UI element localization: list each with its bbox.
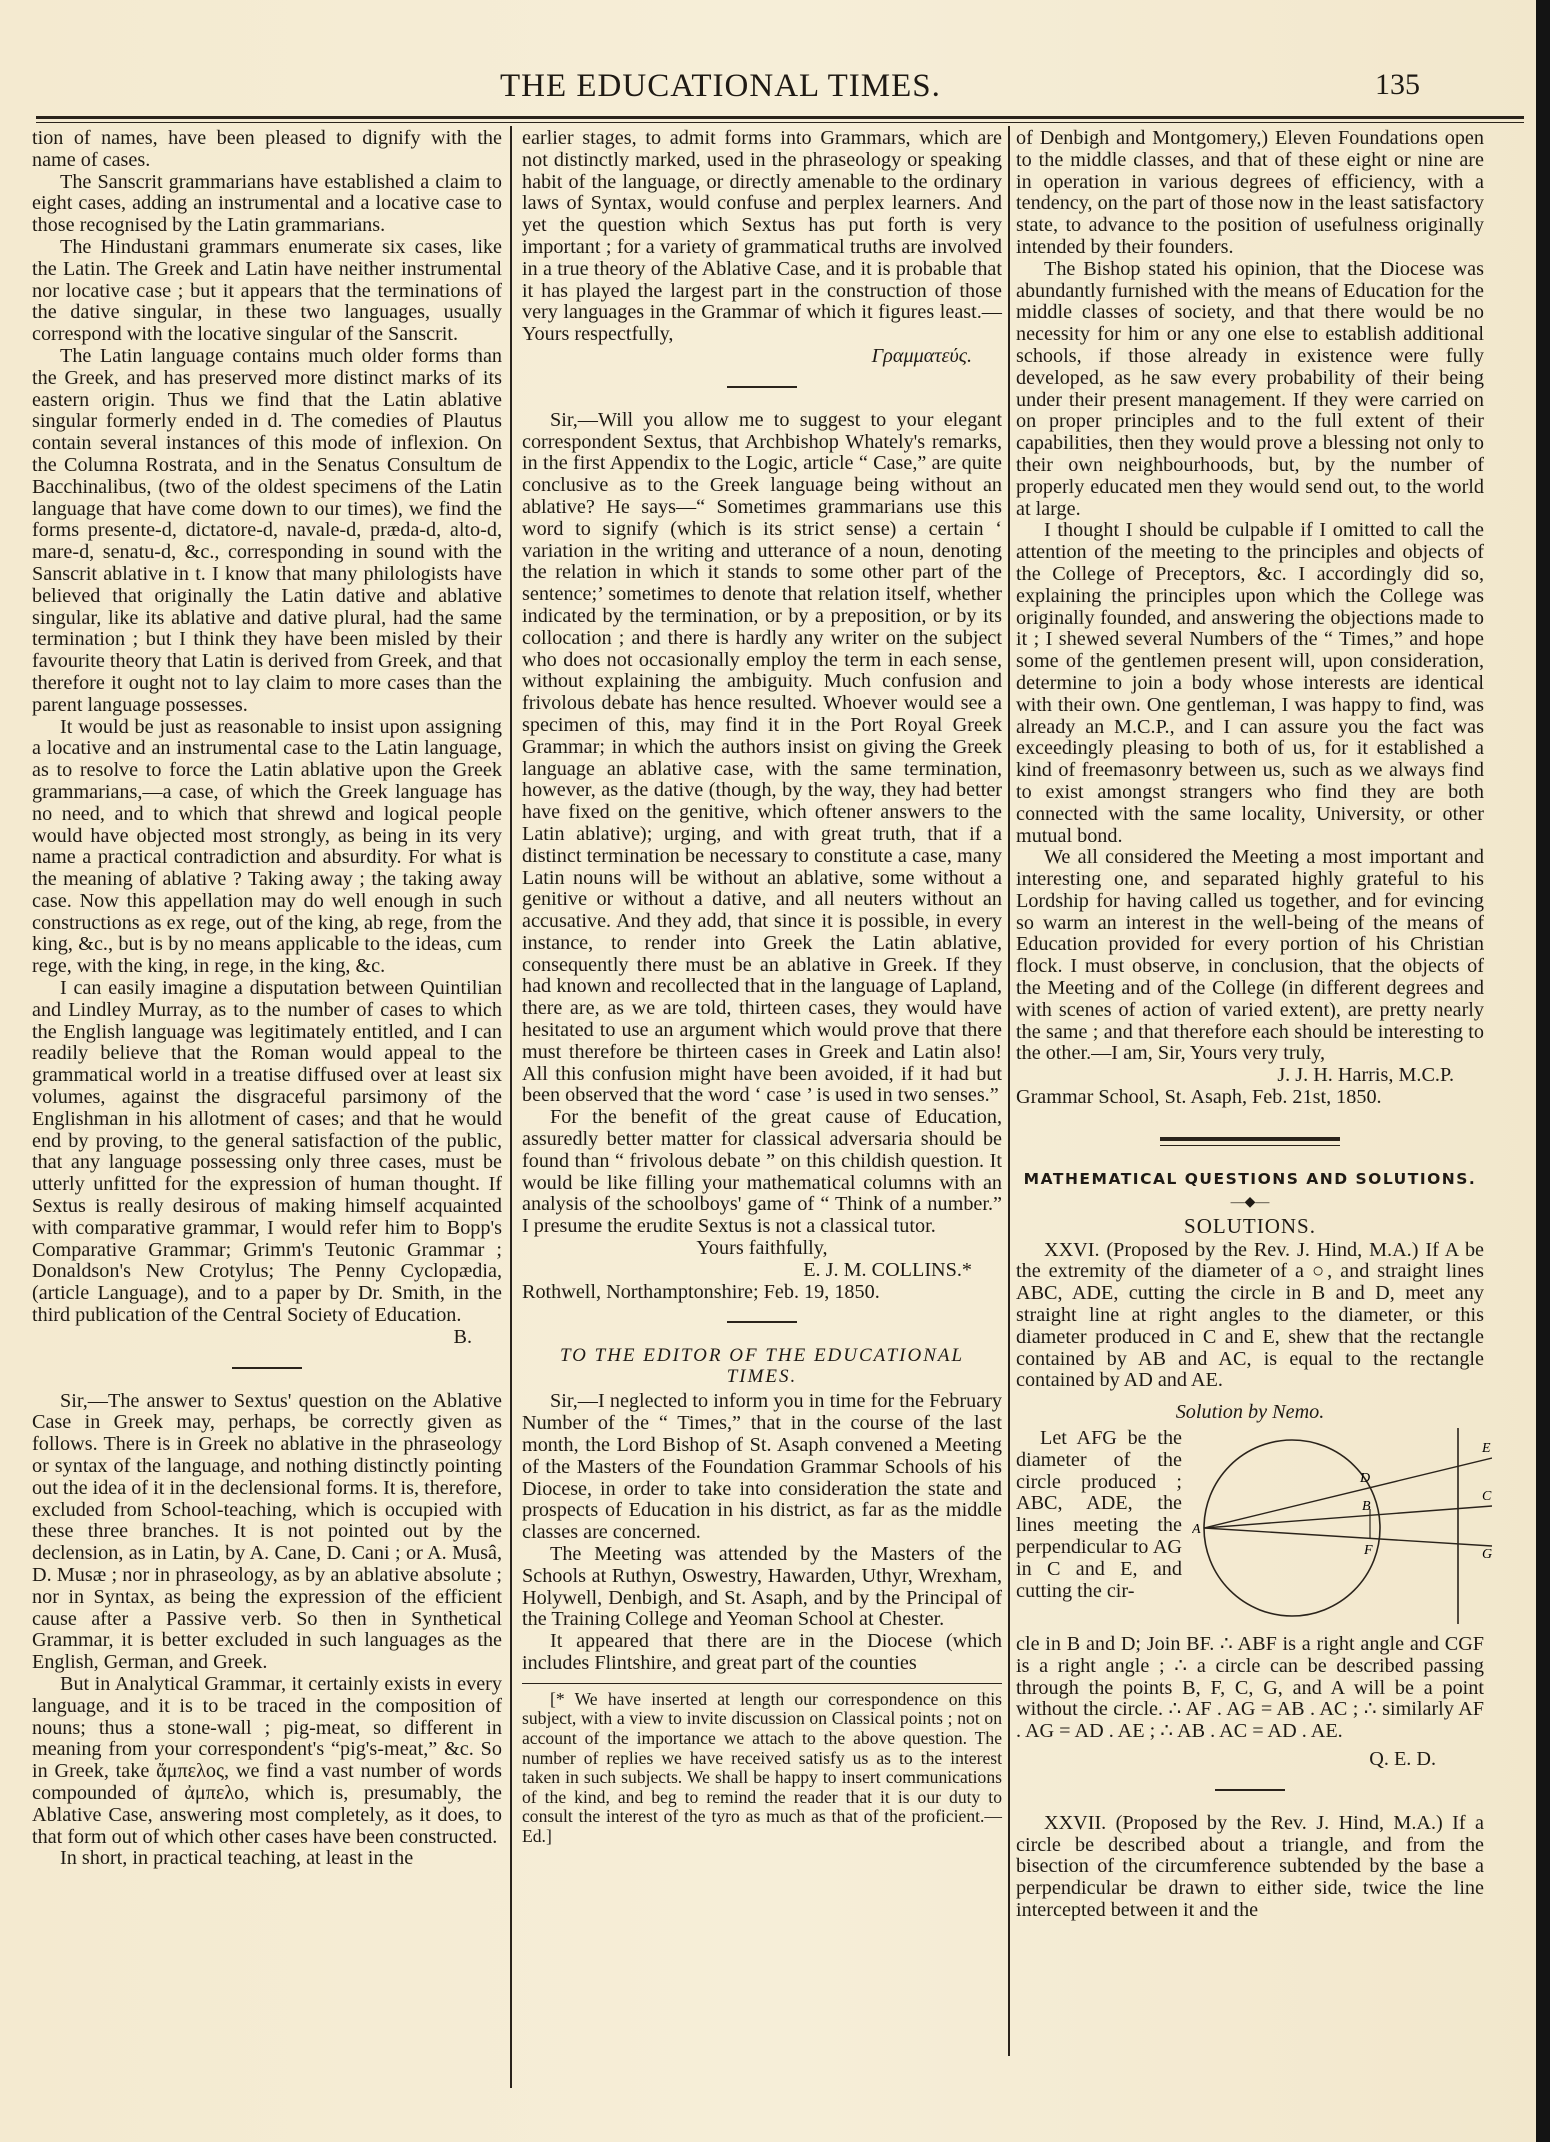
dateline: Rothwell, Northamptonshire; Feb. 19, 185… [522, 1282, 1002, 1304]
paragraph: It would be just as reasonable to insist… [32, 717, 502, 979]
solution-side-text: Let AFG be the diameter of the circle pr… [1016, 1428, 1182, 1602]
section-divider [232, 1367, 302, 1369]
column-1: tion of names, have been pleased to dign… [32, 128, 502, 1870]
section-rule-thin [1160, 1145, 1340, 1146]
editor-footnote: [* We have inserted at length our corres… [522, 1690, 1002, 1847]
signature-harris: J. J. H. Harris, M.C.P. [1016, 1065, 1484, 1087]
masthead-rule-thick [36, 116, 1524, 119]
solution-figure-block: Let AFG be the diameter of the circle pr… [1016, 1428, 1484, 1634]
label-e: E [1481, 1441, 1491, 1456]
solutions-heading: SOLUTIONS. [1016, 1216, 1484, 1238]
paragraph: Sir,—Will you allow me to suggest to you… [522, 410, 1002, 1108]
solution-byline: Solution by Nemo. [1016, 1402, 1484, 1424]
question-26: XXVI. (Proposed by the Rev. J. Hind, M.A… [1016, 1240, 1484, 1393]
column-divider-2 [1008, 126, 1010, 2056]
qed: Q. E. D. [1016, 1749, 1484, 1771]
section-divider [1215, 1789, 1285, 1791]
signature-collins: E. J. M. COLLINS.* [522, 1260, 1002, 1282]
solution-text: cle in B and D; Join BF. ∴ ABF is a righ… [1016, 1634, 1484, 1743]
paragraph: In short, in practical teaching, at leas… [32, 1848, 502, 1870]
masthead: THE EDUCATIONAL TIMES. 135 [0, 68, 1530, 110]
label-c: C [1482, 1489, 1492, 1504]
paragraph: Let AFG be the diameter of the circle pr… [1016, 1428, 1182, 1602]
paragraph: The Sanscrit grammarians have establishe… [32, 172, 502, 237]
paragraph: I can easily imagine a disputation betwe… [32, 978, 502, 1327]
paragraph: Sir,—I neglected to inform you in time f… [522, 1391, 1002, 1544]
paragraph: tion of names, have been pleased to dign… [32, 128, 502, 172]
label-g: G [1482, 1547, 1492, 1562]
geometry-diagram: A D B F E C G [1192, 1428, 1492, 1628]
section-divider [727, 386, 797, 388]
label-d: D [1359, 1471, 1370, 1486]
column-3: of Denbigh and Montgomery,) Eleven Found… [1016, 128, 1484, 1922]
section-rule-heavy [1160, 1137, 1340, 1141]
publication-title: THE EDUCATIONAL TIMES. [500, 68, 941, 105]
label-a: A [1192, 1522, 1201, 1537]
masthead-rule-thin [36, 122, 1524, 123]
closing: Yours faithfully, [522, 1238, 1002, 1260]
signature-b: B. [32, 1327, 502, 1349]
paragraph: of Denbigh and Montgomery,) Eleven Found… [1016, 128, 1484, 259]
paragraph: We all considered the Meeting a most imp… [1016, 847, 1484, 1065]
question-27: XXVII. (Proposed by the Rev. J. Hind, M.… [1016, 1813, 1484, 1922]
signature-grammateus: Γραμματεύς. [522, 346, 1002, 368]
paragraph: It appeared that there are in the Dioces… [522, 1631, 1002, 1675]
paragraph: earlier stages, to admit forms into Gram… [522, 128, 1002, 346]
editor-heading: TO THE EDITOR OF THE EDUCATIONAL TIMES. [522, 1345, 1002, 1387]
page-number: 135 [1375, 68, 1420, 102]
label-b: B [1362, 1499, 1371, 1514]
math-section-heading: MATHEMATICAL QUESTIONS AND SOLUTIONS. [1016, 1168, 1484, 1190]
section-divider [727, 1321, 797, 1323]
paragraph: Sir,—The answer to Sextus' question on t… [32, 1391, 502, 1674]
paragraph: The Latin language contains much older f… [32, 346, 502, 717]
paragraph: The Meeting was attended by the Masters … [522, 1544, 1002, 1631]
paragraph: But in Analytical Grammar, it certainly … [32, 1674, 502, 1848]
paragraph: The Bishop stated his opinion, that the … [1016, 259, 1484, 521]
column-2: earlier stages, to admit forms into Gram… [522, 128, 1002, 1847]
dateline: Grammar School, St. Asaph, Feb. 21st, 18… [1016, 1087, 1484, 1109]
column-divider-1 [510, 126, 512, 2088]
paragraph: For the benefit of the great cause of Ed… [522, 1107, 1002, 1238]
paragraph: I thought I should be culpable if I omit… [1016, 520, 1484, 847]
paragraph: The Hindustani grammars enumerate six ca… [32, 237, 502, 346]
footnote-rule [522, 1683, 1002, 1684]
label-f: F [1363, 1543, 1373, 1558]
ornament-divider: —◆— [1016, 1196, 1484, 1210]
newspaper-page: THE EDUCATIONAL TIMES. 135 tion of names… [0, 0, 1550, 2142]
page-edge-shadow [1536, 0, 1550, 2142]
